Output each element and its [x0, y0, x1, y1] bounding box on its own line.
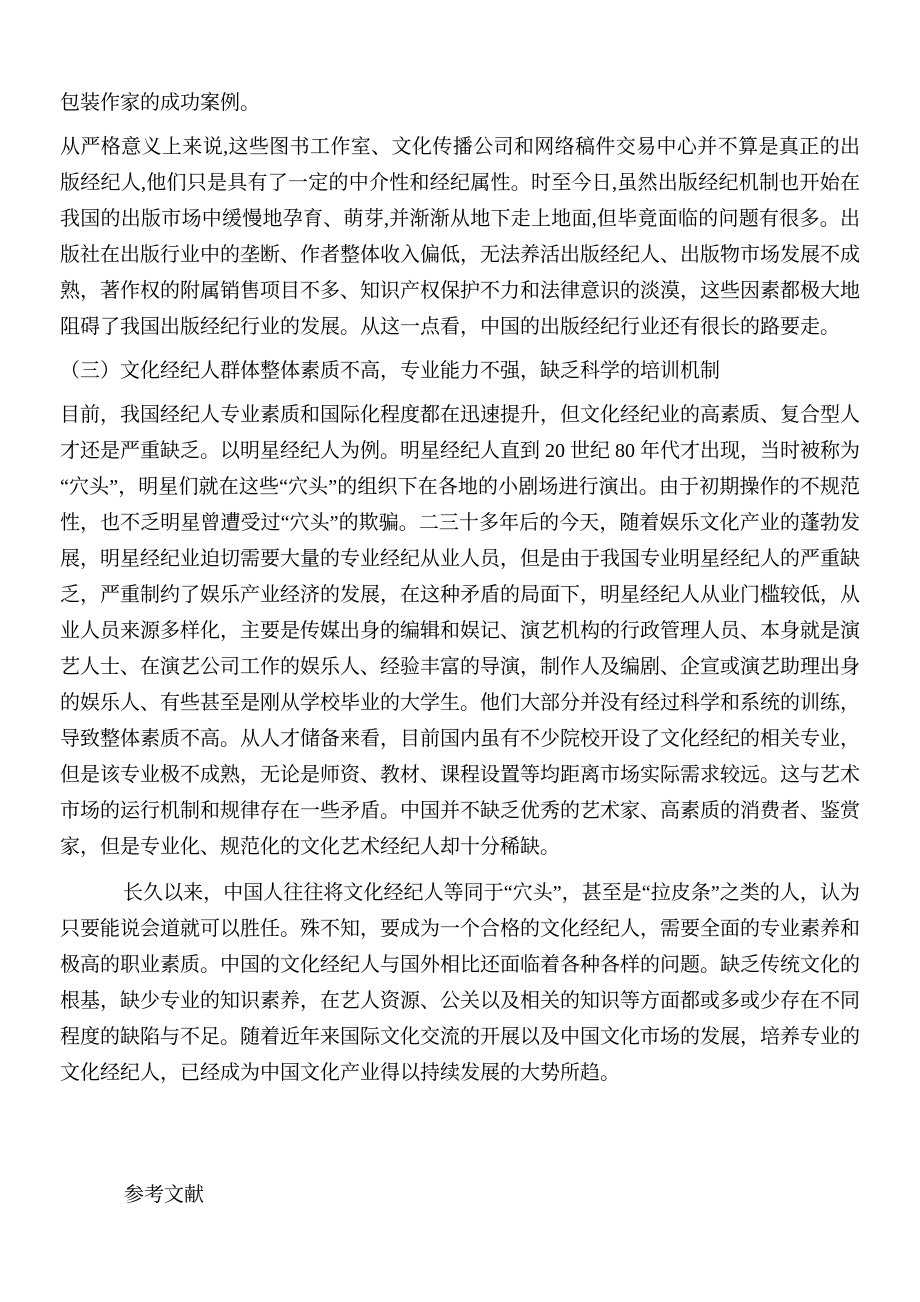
- paragraph-cultural-agent-quality: 目前，我国经纪人专业素质和国际化程度都在迅速提升，但文化经纪业的高素质、复合型人…: [60, 397, 860, 865]
- document-page: 包装作家的成功案例。 从严格意义上来说,这些图书工作室、文化传播公司和网络稿件交…: [0, 0, 920, 1302]
- references-heading: 参考文献: [124, 1177, 860, 1213]
- section-heading-three: （三）文化经纪人群体整体素质不高，专业能力不强，缺乏科学的培训机制: [60, 353, 860, 389]
- paragraph-conclusion: 长久以来，中国人往往将文化经纪人等同于“穴头”，甚至是“拉皮条”之类的人，认为只…: [60, 875, 860, 1091]
- paragraph-publishing-agency-problems: 从严格意义上来说,这些图书工作室、文化传播公司和网络稿件交易中心并不算是真正的出…: [60, 129, 860, 345]
- paragraph-continued-case: 包装作家的成功案例。: [60, 85, 860, 121]
